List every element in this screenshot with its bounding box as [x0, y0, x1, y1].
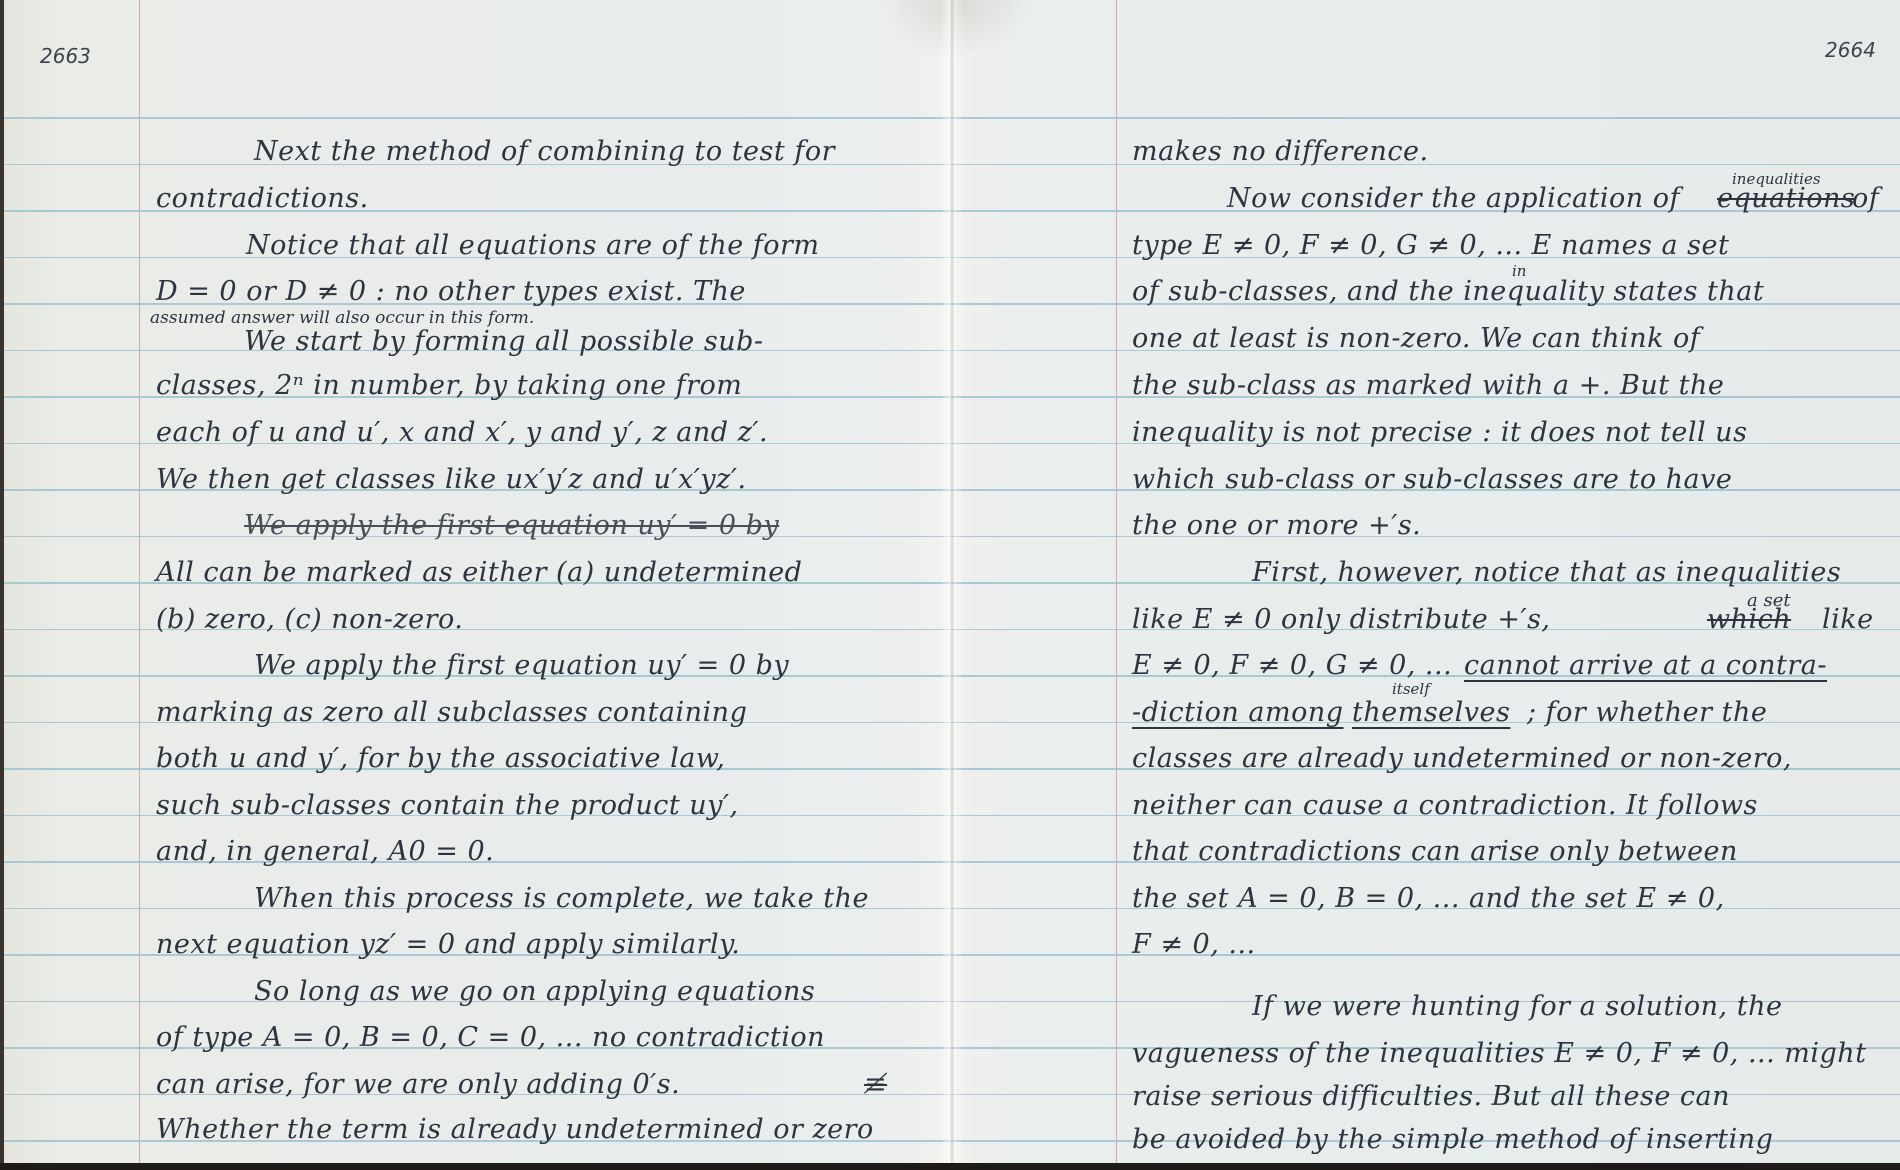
text-line: neither can cause a contradiction. It fo…: [1132, 792, 1758, 819]
text-line: makes no difference.: [1132, 138, 1429, 165]
text-line: contradictions.: [156, 185, 369, 212]
text-line: Now consider the application of: [1227, 185, 1680, 212]
left-page: 2663 Next the method of combining to tes…: [4, 0, 952, 1163]
ruled-line: [952, 536, 1900, 538]
text-line: each of u and u′, x and x′, y and y′, z …: [156, 419, 768, 446]
text-line: (b) zero, (c) non-zero.: [156, 606, 463, 633]
underlined-text: cannot arrive at a contra-: [1464, 652, 1827, 679]
text-line: of: [1852, 185, 1879, 212]
text-line: ; for whether the: [1527, 699, 1767, 726]
text-line: can arise, for we are only adding 0′s.: [156, 1071, 680, 1098]
cover-edge-bottom: [0, 1163, 1900, 1170]
page-number-left: 2663: [40, 44, 91, 68]
struck-text-line: We apply the first equation uy′ = 0 by: [244, 512, 779, 539]
text-line: All can be marked as either (a) undeterm…: [156, 559, 802, 586]
text-line: like E ≠ 0 only distribute +′s,: [1132, 606, 1551, 633]
text-line: both u and y′, for by the associative la…: [156, 745, 725, 772]
ruled-line: [4, 629, 952, 631]
text-line: like: [1822, 606, 1874, 633]
insertion-note: itself: [1392, 680, 1430, 698]
text-line: D = 0 or D ≠ 0 : no other types exist. T…: [156, 278, 746, 305]
page-number-right: 2664: [1825, 38, 1876, 62]
text-line: be avoided by the simple method of inser…: [1132, 1126, 1773, 1153]
text-line: raise serious difficulties. But all thes…: [1132, 1083, 1730, 1110]
text-line: We apply the first equation uy′ = 0 by: [254, 652, 789, 679]
text-line: classes, 2ⁿ in number, by taking one fro…: [156, 372, 742, 399]
text-line: If we were hunting for a solution, the: [1252, 993, 1782, 1020]
notebook-spread: 2663 Next the method of combining to tes…: [0, 0, 1900, 1163]
text-line: marking as zero all subclasses containin…: [156, 699, 747, 726]
text-line: classes are already undetermined or non-…: [1132, 745, 1792, 772]
insertion-note: assumed answer will also occur in this f…: [150, 308, 534, 328]
text-line: and, in general, A0 = 0.: [156, 838, 494, 865]
text-line: We start by forming all possible sub-: [244, 328, 764, 355]
ruled-line: [952, 117, 1900, 119]
text-line: So long as we go on applying equations: [254, 978, 815, 1005]
text-line: next equation yz′ = 0 and apply similarl…: [156, 931, 740, 958]
text-line: When this process is complete, we take t…: [254, 885, 869, 912]
text-line: E ≠ 0, F ≠ 0, G ≠ 0, ...: [1132, 652, 1452, 679]
text-line: vagueness of the inequalities E ≠ 0, F ≠…: [1132, 1040, 1867, 1067]
text-line: inequality is not precise : it does not …: [1132, 419, 1747, 446]
cover-edge-left: [0, 0, 4, 1170]
text-line: F ≠ 0, ...: [1132, 931, 1256, 958]
text-line: such sub-classes contain the product uy′…: [156, 792, 739, 819]
text-line: Next the method of combining to test for: [254, 138, 835, 165]
text-line: Whether the term is already undetermined…: [156, 1116, 874, 1143]
text-line: Notice that all equations are of the for…: [246, 232, 820, 259]
text-line: which sub-class or sub-classes are to ha…: [1132, 466, 1732, 493]
text-line: the sub-class as marked with a +. But th…: [1132, 372, 1724, 399]
text-line: the one or more +′s.: [1132, 512, 1421, 539]
text-line: that contradictions can arise only betwe…: [1132, 838, 1738, 865]
struck-word: equations: [1717, 185, 1855, 212]
ruled-line: [952, 954, 1900, 956]
struck-word: themselves: [1352, 699, 1510, 726]
text-line: We then get classes like ux′y′z and u′x′…: [156, 466, 747, 493]
underlined-text: -diction among: [1132, 699, 1344, 726]
text-line: of sub-classes, and the inequality state…: [1132, 278, 1764, 305]
right-page: 2664 makes no difference. Now consider t…: [952, 0, 1900, 1163]
struck-mark: ≢: [864, 1071, 887, 1098]
text-line: the set A = 0, B = 0, ... and the set E …: [1132, 885, 1725, 912]
text-line: First, however, notice that as inequalit…: [1252, 559, 1841, 586]
gutter: [940, 0, 964, 1163]
ruled-line: [4, 117, 952, 119]
ruled-line: [4, 210, 952, 212]
text-line: type E ≠ 0, F ≠ 0, G ≠ 0, ... E names a …: [1132, 232, 1729, 259]
text-line: of type A = 0, B = 0, C = 0, ... no cont…: [156, 1024, 825, 1051]
struck-word: which: [1707, 606, 1791, 633]
text-line: one at least is non-zero. We can think o…: [1132, 325, 1700, 352]
